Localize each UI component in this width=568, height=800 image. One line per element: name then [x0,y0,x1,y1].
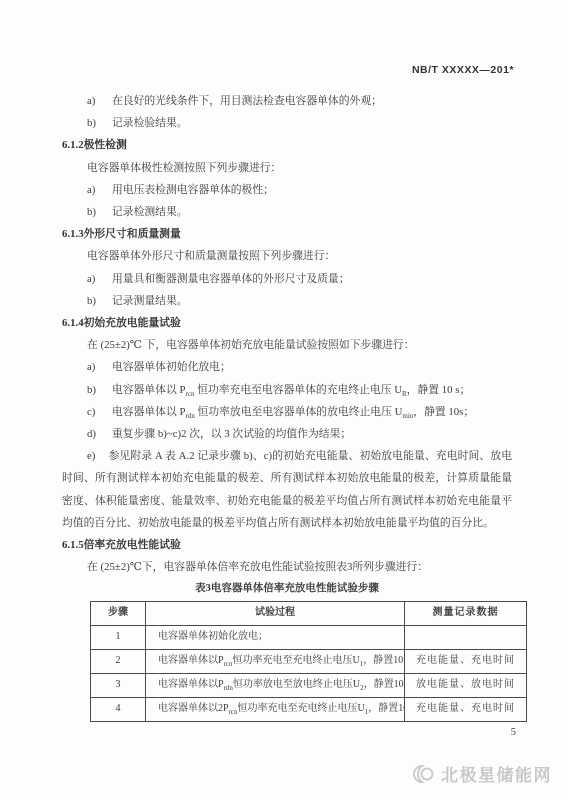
cell-record: 充电能量、充电时间 [405,697,527,721]
list-label: d) [87,423,96,445]
table-caption: 表3电容器单体倍率充放电性能试验步骤 [62,578,512,600]
table3: 步骤 试验过程 测量记录数据 1 电容器单体初始化放电； 2 电容器单体以Prc… [90,601,527,722]
clause-heading-614: 6.1.4初始充放电能量试验 [62,312,512,334]
doc-number: NB/T XXXXX—201* [412,64,514,76]
text-run: ，静置10 s； [363,655,404,666]
text-run: ，静置10 s； [368,703,404,714]
document-body: a)在良好的光线条件下，用目测法检查电容器单体的外观； b)记录检验结果。 6.… [62,90,512,722]
cell-step: 1 [91,625,146,649]
list-text: 用量具和衡器测量电容器单体的外形尺寸及质量； [112,273,350,285]
list-item: a)用量具和衡器测量电容器单体的外形尺寸及质量； [62,268,512,290]
paragraph-e: e)参见附录 A 表 A.2 记录步骤 b)、c)的初始充电能量、初始放电能量、… [62,445,512,534]
cell-record [405,625,527,649]
list-label: c) [87,401,95,423]
list-label: b) [87,112,96,134]
text-run: 电容器单体以 P [112,384,186,396]
clause-heading-612: 6.1.2极性检测 [62,134,512,156]
list-label: a) [87,268,95,290]
paragraph-text: 参见附录 A 表 A.2 记录步骤 b)、c)的初始充电能量、初始放电能量、充电… [62,450,512,529]
list-item: c) 电容器单体以 Prdn 恒功率放电至电容器单体的放电终止电压 Umin，静… [62,401,512,423]
cell-step: 2 [91,649,146,673]
list-item: b) 电容器单体以 Prcn 恒功率充电至电容器单体的充电终止电压 UR，静置 … [62,379,512,401]
list-text: 电容器单体以 Prcn 恒功率充电至电容器单体的充电终止电压 UR，静置 10 … [112,384,470,396]
text-run: 电容器单体以P [158,655,224,666]
text-run: 恒功率充电至充电终止电压U [238,703,365,714]
paragraph: 电容器单体极性检测按照下列步骤进行： [62,157,512,179]
table-row: 2 电容器单体以Prcn恒功率充电至充电终止电压U1，静置10 s； 充电能量、… [91,649,527,673]
subscript: rcn [229,708,238,716]
list-item: d)重复步骤 b)~c)2 次，以 3 次试验的均值作为结果； [62,423,512,445]
list-text: 重复步骤 b)~c)2 次，以 3 次试验的均值作为结果； [112,428,351,440]
document-page: NB/T XXXXX—201* a)在良好的光线条件下，用目测法检查电容器单体的… [0,0,568,800]
list-item: a)电容器单体初始化放电； [62,356,512,378]
text-run: 电容器单体初始化放电； [158,631,268,642]
list-item: b)记录检测结果。 [62,201,512,223]
subscript: rdn [186,412,195,420]
text-run: 电容器单体以 P [112,406,186,418]
paragraph: 在 (25±2)℃ 下，电容器单体初始充放电能量试验按照如下步骤进行： [62,334,512,356]
list-label: b) [87,290,96,312]
list-text: 电容器单体以 Prdn 恒功率放电至电容器单体的放电终止电压 Umin，静置 1… [112,406,474,418]
cell-record: 充电能量、充电时间 [405,649,527,673]
column-header-record: 测量记录数据 [405,601,527,625]
cell-record: 放电能量、放电时间 [405,673,527,697]
list-text: 电容器单体初始化放电； [112,361,231,373]
text-run: 恒功率放电至电容器单体的放电终止电压 U [195,406,403,418]
text-run: 恒功率放电至放电终止电压U [233,679,360,690]
list-text: 记录测量结果。 [112,295,188,307]
column-header-process: 试验过程 [146,601,405,625]
list-label: b) [87,201,96,223]
cell-process: 电容器单体以Prdn恒功率放电至放电终止电压U2，静置10 s； [146,673,405,697]
page-number: 5 [511,727,516,738]
subscript: rcn [224,660,233,668]
list-item: b)记录检验结果。 [62,112,512,134]
paragraph: 电容器单体外形尺寸和质量测量按照下列步骤进行： [62,245,512,267]
text-run: 电容器单体以2P [158,703,229,714]
list-label: a) [87,356,95,378]
list-item: a)用电压表检测电容器单体的极性； [62,179,512,201]
list-item: b)记录测量结果。 [62,290,512,312]
list-label: b) [87,379,96,401]
table-header-row: 步骤 试验过程 测量记录数据 [91,601,527,625]
watermark-text: 北极星储能网 [441,761,552,786]
cell-process: 电容器单体以Prcn恒功率充电至充电终止电压U1，静置10 s； [146,649,405,673]
text-run: 恒功率充电至电容器单体的充电终止电压 U [194,384,402,396]
list-text: 记录检验结果。 [112,117,188,129]
subscript: min [402,412,413,420]
cell-process: 电容器单体初始化放电； [146,625,405,649]
list-label: a) [87,90,95,112]
column-header-step: 步骤 [91,601,146,625]
text-run: 电容器单体以P [158,679,224,690]
text-run: 恒功率充电至充电终止电压U [233,655,360,666]
list-label: a) [87,179,95,201]
table-row: 4 电容器单体以2Prcn恒功率充电至充电终止电压U1，静置10 s； 充电能量… [91,697,527,721]
text-run: ，静置 10 s； [407,384,471,396]
clause-heading-615: 6.1.5倍率充放电性能试验 [62,534,512,556]
clause-heading-613: 6.1.3外形尺寸和质量测量 [62,223,512,245]
subscript: rdn [224,684,233,692]
polaris-star-logo-icon [410,763,436,785]
list-label: e) [87,450,95,462]
text-run: ，静置10 s； [364,679,405,690]
paragraph: 在 (25±2)℃下，电容器单体倍率充放电性能试验按照表3所列步骤进行： [62,556,512,578]
list-text: 记录检测结果。 [112,206,188,218]
list-text: 用电压表检测电容器单体的极性； [112,184,274,196]
cell-step: 4 [91,697,146,721]
list-item: a)在良好的光线条件下，用目测法检查电容器单体的外观； [62,90,512,112]
text-run: ，静置 10s； [413,406,474,418]
cell-step: 3 [91,673,146,697]
list-text: 在良好的光线条件下，用目测法检查电容器单体的外观； [112,95,382,107]
cell-process: 电容器单体以2Prcn恒功率充电至充电终止电压U1，静置10 s； [146,697,405,721]
table-row: 1 电容器单体初始化放电； [91,625,527,649]
table-row: 3 电容器单体以Prdn恒功率放电至放电终止电压U2，静置10 s； 放电能量、… [91,673,527,697]
watermark: 北极星储能网 [410,761,552,786]
